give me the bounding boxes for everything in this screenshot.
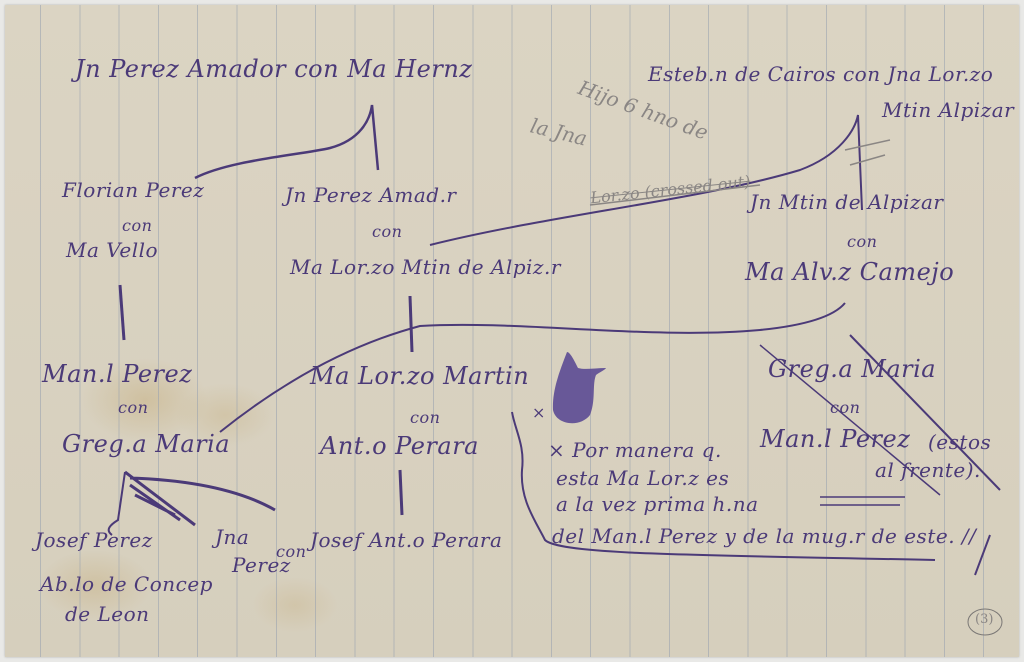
con-label: con <box>372 222 402 241</box>
person-josef-perez: Josef Perez <box>35 528 153 552</box>
footnote-line2: esta Ma Lor.z es <box>556 466 729 490</box>
person-jn-perez-amador: Jn Perez Amad.r <box>285 183 457 207</box>
footnote-line3: a la vez prima h.na <box>556 492 759 516</box>
con-label: con <box>410 408 440 427</box>
person-jna: Jna <box>215 525 249 549</box>
note-abuelo-de-concepcion: Ab.lo de Concep <box>40 572 213 596</box>
person-gregoria-maria: Greg.a Maria <box>62 430 230 458</box>
con-label: con <box>847 232 877 251</box>
note-de-leon: de Leon <box>65 602 150 626</box>
footnote-line1: × Por manera q. <box>548 438 722 462</box>
person-manuel-perez-right: Man.l Perez <box>760 425 910 453</box>
page-number: (3) <box>975 612 993 627</box>
con-label: con <box>122 216 152 235</box>
footnote-line4: del Man.l Perez y de la mug.r de este. /… <box>552 524 976 548</box>
note-al-frente: al frente). <box>875 458 981 482</box>
footnote-marker: × <box>532 403 546 422</box>
person-josef-antonio-perara: Josef Ant.o Perara <box>310 528 502 552</box>
person-ma-lorenzo-mtin-de-alpizar: Ma Lor.zo Mtin de Alpiz.r <box>290 255 561 279</box>
couple-jn-perez-amador: Jn Perez Amador con Ma Hernz <box>75 55 472 83</box>
con-label: con <box>118 398 148 417</box>
person-gregoria-maria-right: Greg.a Maria <box>768 355 936 383</box>
person-florian-perez: Florian Perez <box>62 178 204 202</box>
person-jn-mtin-de-alpizar: Jn Mtin de Alpizar <box>750 190 943 214</box>
person-perez: Perez <box>232 553 291 577</box>
person-ma-vello: Ma Vello <box>66 238 158 262</box>
con-label: con <box>830 398 860 417</box>
person-ma-alvarez-camejo: Ma Alv.z Camejo <box>745 258 954 286</box>
note-estos: (estos <box>928 430 991 454</box>
person-ma-lorenzo-martin: Ma Lor.zo Martin <box>310 362 529 390</box>
person-antonio-perara: Ant.o Perara <box>320 432 479 460</box>
ruled-lines <box>5 5 1019 657</box>
paper-sheet <box>5 5 1019 657</box>
couple-esteban-de-cairos: Esteb.n de Cairos con Jna Lor.zo <box>648 62 993 86</box>
person-manuel-perez: Man.l Perez <box>42 360 192 388</box>
surname-mtin-alpizar: Mtin Alpizar <box>882 98 1014 122</box>
